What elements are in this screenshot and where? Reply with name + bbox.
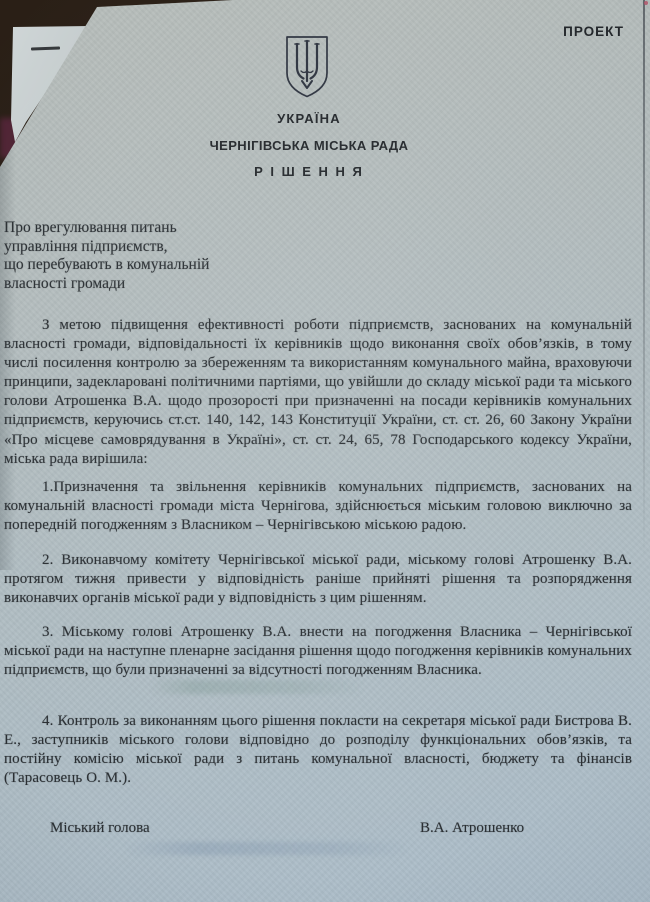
header-council: ЧЕРНІГІВСЬКА МІСЬКА РАДА	[190, 138, 428, 153]
subject-block: Про врегулювання питань управління підпр…	[4, 219, 264, 293]
decision-item-2: 2. Виконавчому комітету Чернігівської мі…	[4, 551, 632, 608]
signature-role: Міський голова	[50, 820, 150, 837]
show-through-smudge	[125, 842, 410, 855]
decision-item-4: 4. Контроль за виконанням цього рішення …	[4, 712, 632, 788]
red-dot-artifact	[644, 1, 648, 5]
show-through-smudge	[150, 680, 365, 694]
preamble-paragraph: З метою підвищення ефективності роботи п…	[4, 316, 632, 469]
page-right-edge	[643, 0, 645, 560]
subject-line: Про врегулювання питань	[4, 219, 264, 238]
header-doc-type: Р І Ш Е Н Н Я	[190, 164, 428, 179]
signature-name: В.А. Атрошенко	[420, 820, 524, 837]
subject-line: власності громади	[4, 275, 264, 294]
decision-item-1: 1.Призначення та звільнення керівників к…	[4, 478, 632, 535]
document-photo: ПРОЕКТ УКРАЇНА ЧЕРНІГІВСЬКА МІСЬКА РАДА …	[0, 0, 650, 902]
subject-line: управління підприємств,	[4, 238, 264, 257]
project-label: ПРОЕКТ	[563, 24, 624, 39]
staple-icon	[31, 46, 60, 50]
subject-line: що перебувають в комунальній	[4, 256, 264, 275]
header-country: УКРАЇНА	[190, 111, 428, 126]
ukraine-trident-emblem-icon	[283, 35, 331, 99]
document-page: ПРОЕКТ УКРАЇНА ЧЕРНІГІВСЬКА МІСЬКА РАДА …	[0, 0, 650, 902]
decision-item-3: 3. Міському голові Атрошенку В.А. внести…	[4, 623, 632, 680]
